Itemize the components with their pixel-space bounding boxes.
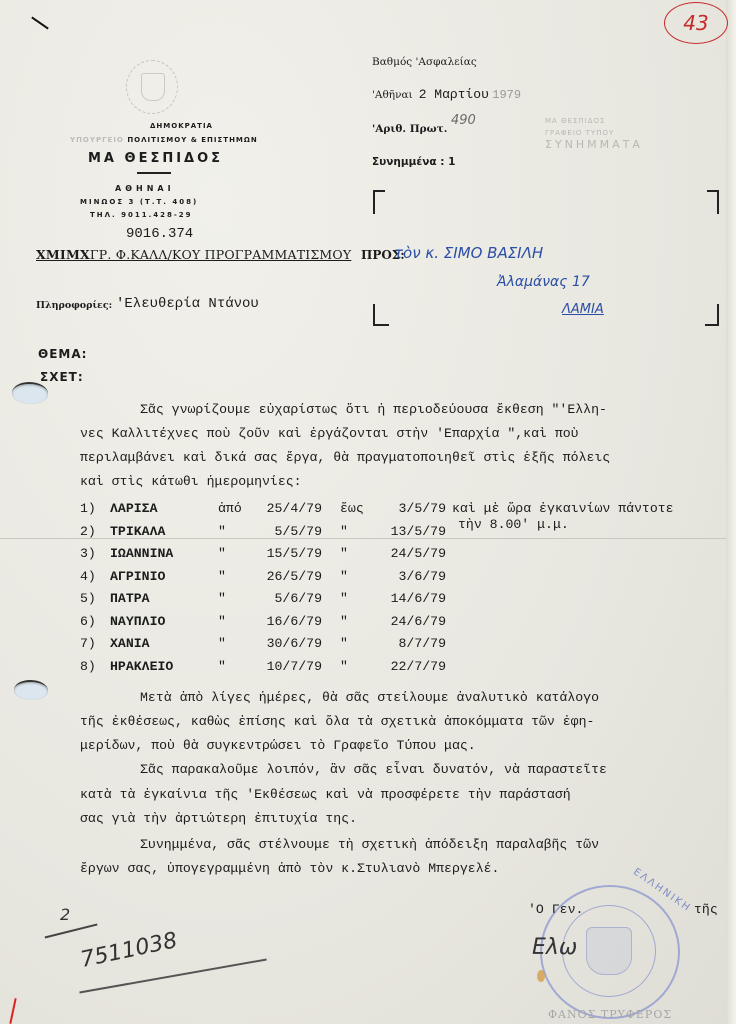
- protocol-line: 'Αριθ. Πρωτ. 490: [372, 121, 476, 136]
- schedule-from-mark: ": [218, 546, 226, 561]
- security-grade-label: Βαθμός 'Ασφαλείας: [372, 56, 477, 68]
- body-line: σας γιὰ τὴν ἀρτιώτερη ἐπιτυχία της.: [80, 811, 357, 826]
- seal-bottom-text: ΦΑΝΟΣ ΤΡΥΦΕΡΟΣ: [548, 1008, 672, 1021]
- schedule-to-mark: ": [340, 636, 348, 651]
- reference-label: ΣΧΕΤ:: [40, 370, 84, 384]
- address-bracket-top-right: [707, 190, 719, 214]
- schedule-start-date: 16/6/79: [240, 614, 322, 629]
- date-year: 1979: [492, 88, 521, 102]
- schedule-end-date: 13/5/79: [372, 524, 446, 539]
- schedule-number: 3): [80, 546, 96, 561]
- schedule-city: ΝΑΥΠΛΙΟ: [110, 614, 165, 629]
- body-line: τῆς ἐκθέσεως, καθὼς ἐπίσης καὶ ὅλα τὰ σχ…: [80, 714, 594, 729]
- schedule-end-date: 24/6/79: [372, 614, 446, 629]
- punch-hole: [14, 680, 48, 700]
- schedule-number: 4): [80, 569, 96, 584]
- letterhead-divider: [137, 172, 171, 174]
- recipient-city: ΛΑΜΙΑ: [562, 302, 604, 317]
- schedule-from-mark: ": [218, 524, 226, 539]
- schedule-city: ΤΡΙΚΑΛΑ: [110, 524, 165, 539]
- info-value: 'Ελευθερία Ντάνου: [116, 296, 259, 312]
- schedule-city: ΧΑΝΙΑ: [110, 636, 150, 651]
- schedule-start-date: 5/5/79: [240, 524, 322, 539]
- faint-stamp-line: ΜΑ ΘΕΣΠΙΔΟΣ: [545, 115, 643, 127]
- letterhead-ministry: ΥΠΟΥΡΓΕΙΟ ΠΟΛΙΤΙΣΜΟΥ & ΕΠΙΣΤΗΜΩΝ: [70, 136, 258, 144]
- schedule-number: 6): [80, 614, 96, 629]
- letterhead-city: ΑΘΗΝΑΙ: [115, 184, 175, 193]
- schedule-to-mark: ": [340, 591, 348, 606]
- schedule-from-mark: ἀπό: [218, 501, 242, 516]
- coat-of-arms-icon: [126, 60, 178, 114]
- department-struck: ΧΜΙΜΧ: [36, 247, 90, 262]
- schedule-city: ΗΡΑΚΛΕΙΟ: [110, 659, 173, 674]
- paper-fold: [0, 538, 726, 539]
- ministry-text: ΠΟΛΙΤΙΣΜΟΥ & ΕΠΙΣΤΗΜΩΝ: [127, 136, 257, 144]
- schedule-start-date: 15/5/79: [240, 546, 322, 561]
- schedule-start-date: 25/4/79: [240, 501, 322, 516]
- schedule-end-date: 14/6/79: [372, 591, 446, 606]
- schedule-city: ΠΑΤΡΑ: [110, 591, 150, 606]
- stain: [537, 970, 545, 982]
- body-line: Μετὰ ἀπὸ λίγες ἡμέρες, θὰ σᾶς στείλουμε …: [140, 690, 599, 705]
- schedule-from-mark: ": [218, 591, 226, 606]
- schedule-city: ΙΩΑΝΝΙΝΑ: [110, 546, 173, 561]
- schedule-end-date: 22/7/79: [372, 659, 446, 674]
- ministry-faded: ΥΠΟΥΡΓΕΙΟ: [70, 136, 127, 144]
- recipient-name: τὸν κ. ΣΙΜΟ ΒΑΣΙΛΗ: [394, 244, 543, 262]
- faint-stamp-line: ΣΥΝΗΜΜΑΤΑ: [545, 139, 643, 151]
- punch-hole: [12, 382, 48, 404]
- reference-number: 9016.374: [126, 226, 193, 242]
- page-number-circled: 43: [664, 2, 728, 44]
- schedule-start-date: 26/5/79: [240, 569, 322, 584]
- signer-title: 'Ο Γεν.: [528, 902, 583, 917]
- date-label: 'Αθῆναι: [372, 89, 413, 101]
- handwritten-signature: Ελω: [532, 935, 577, 960]
- address-bracket-top-left: [373, 190, 385, 214]
- schedule-note: τὴν 8.00' μ.μ.: [458, 517, 569, 532]
- schedule-number: 1): [80, 501, 96, 516]
- date-line: 'Αθῆναι2 Μαρτίου 1979: [372, 87, 521, 102]
- schedule-to-mark: ": [340, 569, 348, 584]
- schedule-end-date: 3/5/79: [372, 501, 446, 516]
- schedule-start-date: 30/6/79: [240, 636, 322, 651]
- signer-title-suffix: τῆς: [694, 902, 718, 917]
- body-line: μερίδων, ποὺ θὰ συγκεντρώσει τὸ Γραφεῖο …: [80, 738, 476, 753]
- subject-label: ΘΕΜΑ:: [38, 347, 87, 361]
- body-line: ἔργων σας, ὑπογεγραμμένη ἀπὸ τὸν κ.Στυλι…: [80, 861, 499, 876]
- schedule-from-mark: ": [218, 636, 226, 651]
- body-line: περιλαμβάνει καὶ δικά σας ἔργα, θὰ πραγμ…: [80, 450, 610, 465]
- body-line: νες Καλλιτέχνες ποὺ ζοῦν καὶ ἐργάζονται …: [80, 426, 579, 441]
- schedule-number: 8): [80, 659, 96, 674]
- letterhead-address: ΜΙΝΩΟΣ 3 (Τ.Τ. 408): [80, 198, 198, 206]
- letterhead-republic: ΔΗΜΟΚΡΑΤΙΑ: [150, 122, 213, 130]
- schedule-start-date: 10/7/79: [240, 659, 322, 674]
- body-line: καὶ στὶς κάτωθι ἡμερομηνίες:: [80, 474, 302, 489]
- address-bracket-bottom-left: [373, 304, 389, 326]
- archive-fraction: 2: [60, 905, 70, 924]
- schedule-number: 2): [80, 524, 96, 539]
- schedule-city: ΛΑΡΙΣΑ: [110, 501, 157, 516]
- attachments-label: Συνημμένα : 1: [372, 156, 455, 168]
- department-text: ΓΡ. Φ.ΚΑΛΛ/ΚΟΥ ΠΡΟΓΡΑΜΜΑΤΙΣΜΟΥ: [90, 247, 351, 262]
- schedule-to-mark: ": [340, 659, 348, 674]
- schedule-end-date: 8/7/79: [372, 636, 446, 651]
- schedule-number: 5): [80, 591, 96, 606]
- letterhead-phone: ΤΗΛ. 9011.428-29: [90, 211, 193, 219]
- schedule-end-date: 3/6/79: [372, 569, 446, 584]
- recipient-street: Ἀλαμάνας 17: [497, 274, 590, 290]
- protocol-value: 490: [451, 113, 476, 128]
- body-line: Σᾶς γνωρίζουμε εὐχαρίστως ὅτι ἡ περιοδεύ…: [140, 402, 607, 417]
- schedule-to-mark: ": [340, 546, 348, 561]
- info-label: Πληροφορίες:: [36, 300, 112, 311]
- date-value: 2 Μαρτίου: [419, 87, 489, 102]
- schedule-to-mark: ἕως: [340, 501, 364, 516]
- schedule-note: καὶ μὲ ὥρα ἐγκαινίων πάντοτε: [452, 501, 674, 516]
- schedule-city: ΑΓΡΙΝΙΟ: [110, 569, 165, 584]
- schedule-start-date: 5/6/79: [240, 591, 322, 606]
- protocol-label: 'Αριθ. Πρωτ.: [372, 123, 447, 135]
- body-line: Συνημμένα, σᾶς στέλνουμε τὴ σχετικὴ ἀπόδ…: [140, 837, 599, 852]
- department-line: ΧΜΙΜΧΓΡ. Φ.ΚΑΛΛ/ΚΟΥ ΠΡΟΓΡΑΜΜΑΤΙΣΜΟΥ: [36, 247, 351, 262]
- schedule-end-date: 24/5/79: [372, 546, 446, 561]
- body-line: Σᾶς παρακαλοῦμε λοιπόν, ἂν σᾶς εἶναι δυν…: [140, 762, 607, 777]
- schedule-number: 7): [80, 636, 96, 651]
- address-bracket-bottom-right: [705, 304, 719, 326]
- schedule-from-mark: ": [218, 659, 226, 674]
- body-line: κατὰ τὰ ἐγκαίνια τῆς 'Εκθέσεως καὶ νὰ πρ…: [80, 787, 571, 802]
- letterhead-org-name: ΜΑ ΘΕΣΠΙΔΟΣ: [88, 151, 223, 166]
- schedule-to-mark: ": [340, 524, 348, 539]
- schedule-from-mark: ": [218, 569, 226, 584]
- schedule-to-mark: ": [340, 614, 348, 629]
- faint-stamp: ΜΑ ΘΕΣΠΙΔΟΣ ΓΡΑΦΕΙΟ ΤΥΠΟΥ ΣΥΝΗΜΜΑΤΑ: [545, 115, 643, 151]
- schedule-from-mark: ": [218, 614, 226, 629]
- page-edge: [726, 0, 736, 1024]
